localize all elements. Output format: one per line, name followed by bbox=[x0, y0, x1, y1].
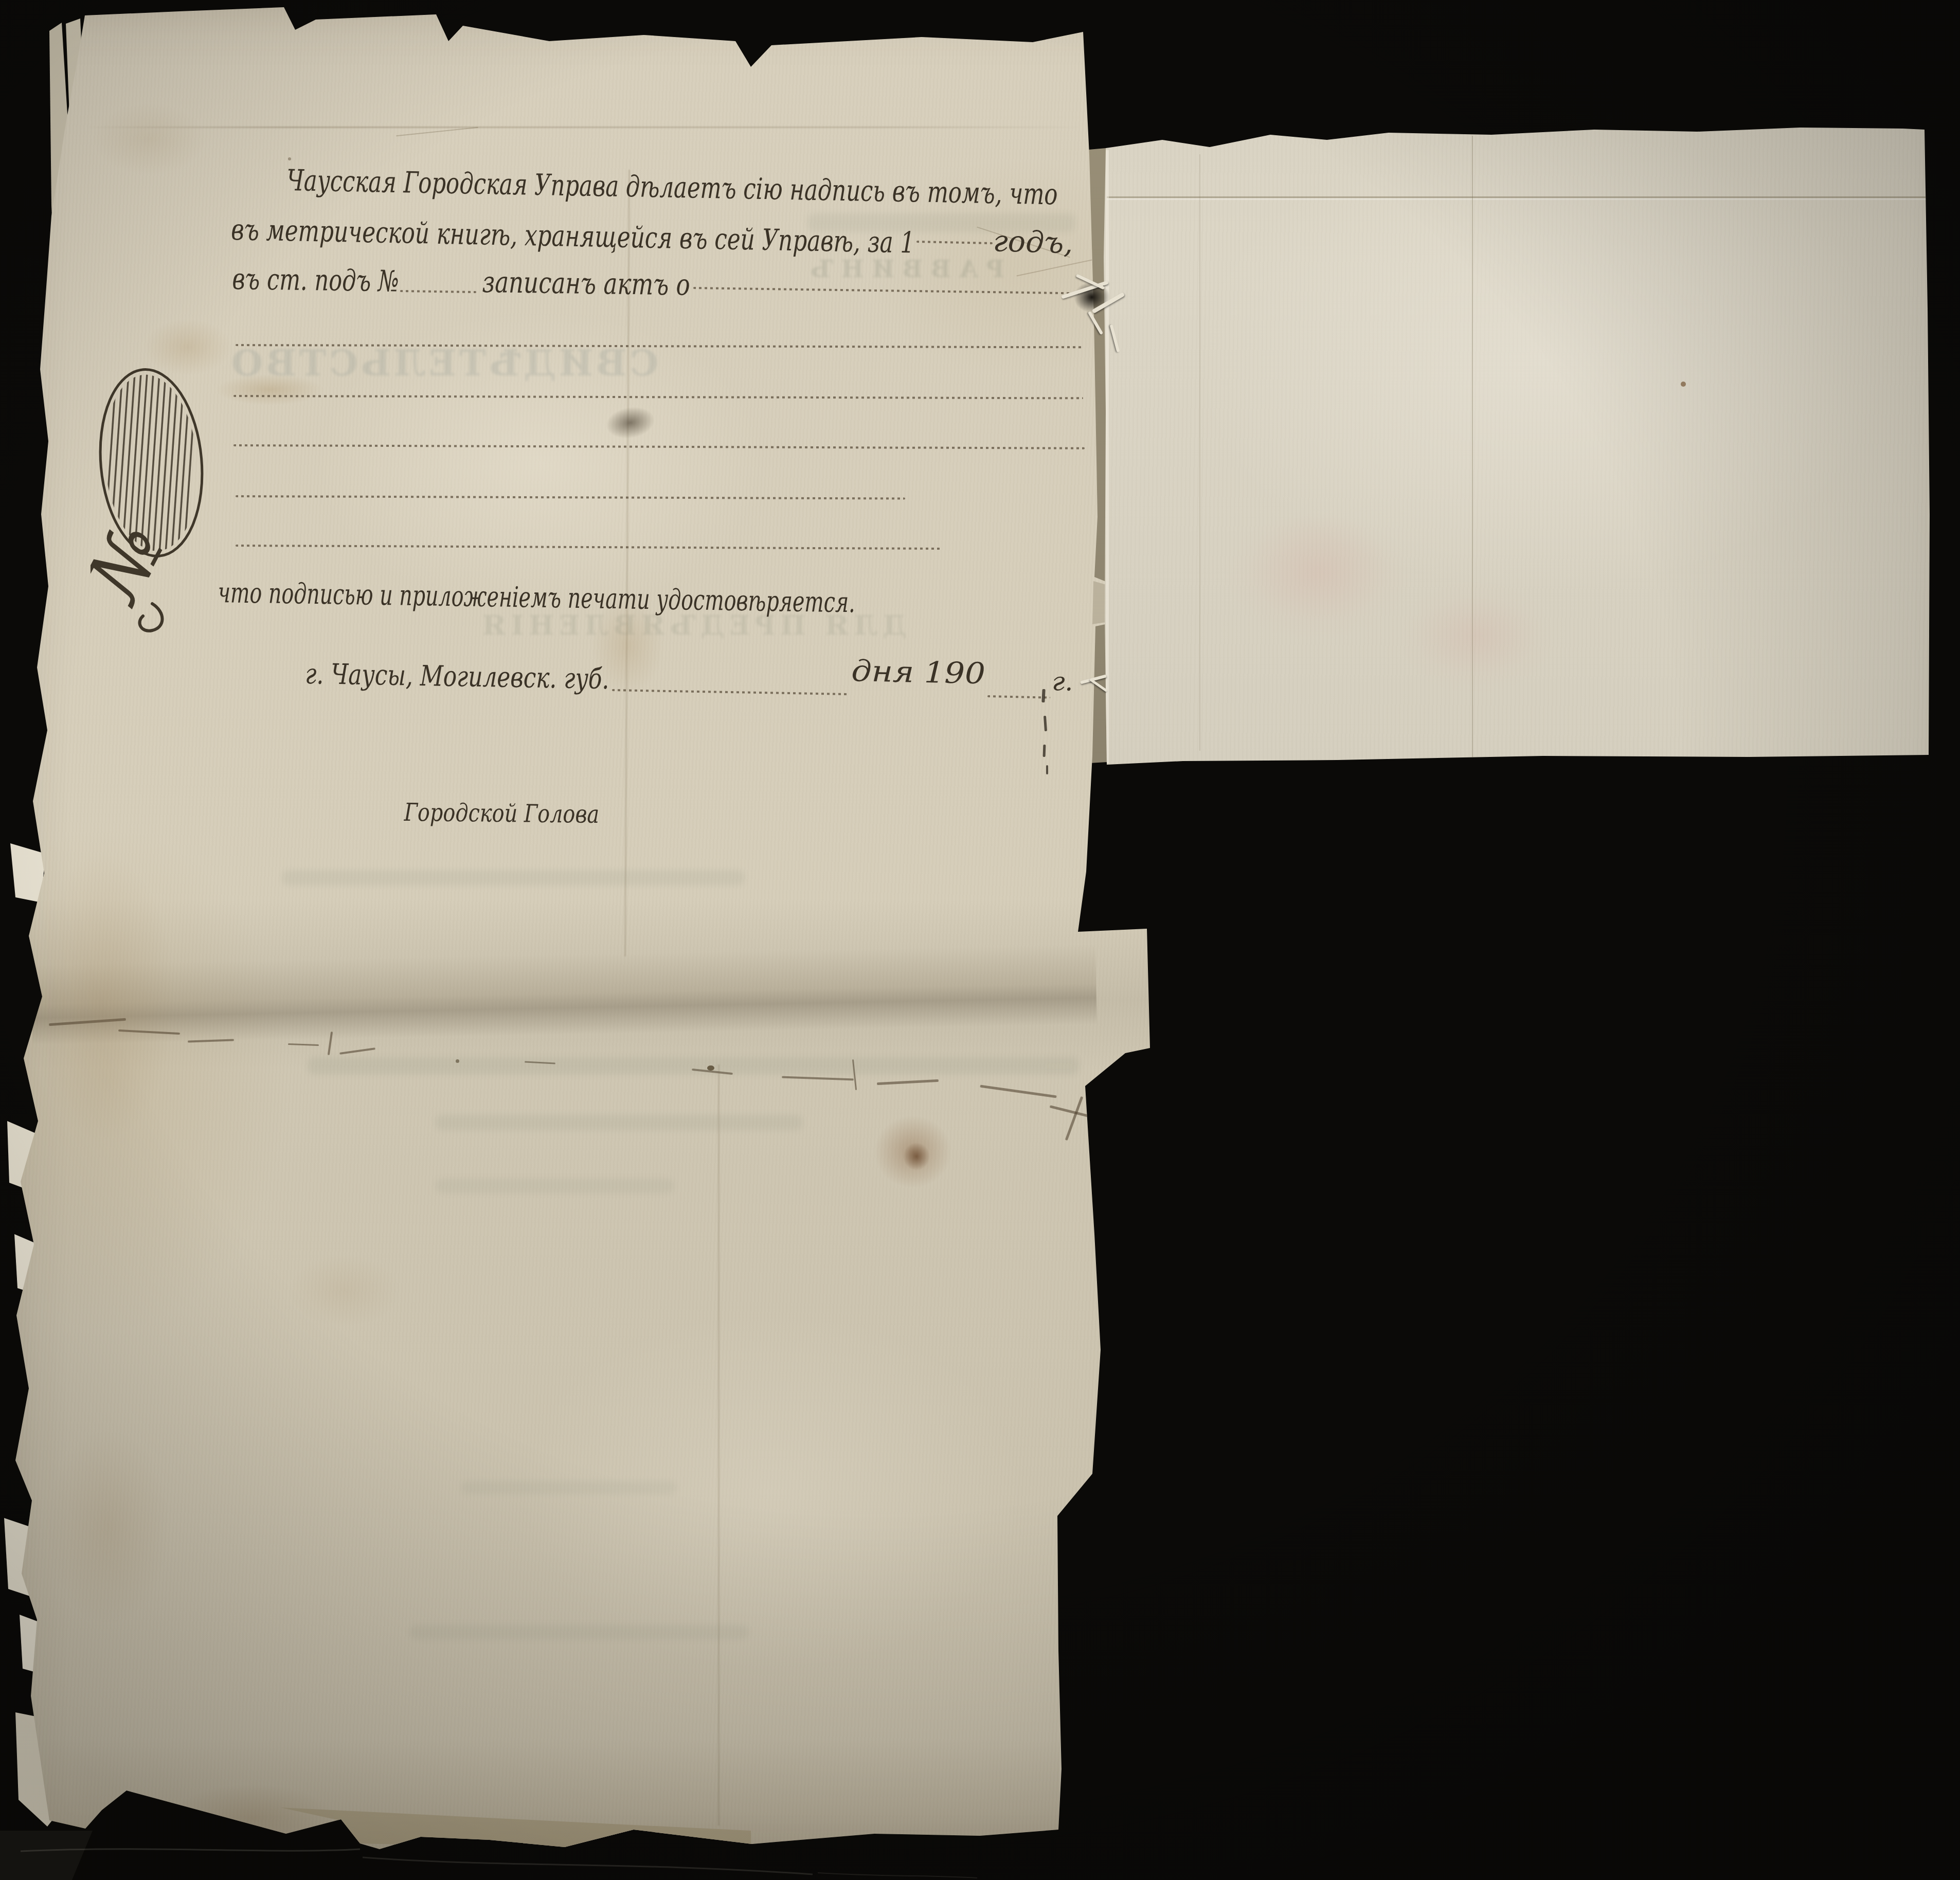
photo-backdrop: РАВВИНЪ СВИДѢТЕЛЬСТВО ДЛЯ ПРЕДЪЯВЛЕНІЯ Ч… bbox=[0, 0, 1960, 1880]
ink-dash bbox=[1041, 689, 1045, 702]
rust-dot bbox=[1681, 382, 1686, 387]
form-line-authority-text: Чаусская Городская Управа дѣлаетъ сію на… bbox=[286, 164, 1058, 211]
form-line-article-no: въ ст. подъ № bbox=[232, 262, 453, 299]
bleedthrough-text: СВИДѢТЕЛЬСТВО bbox=[228, 341, 658, 384]
signature-title: Городской Голова bbox=[404, 798, 640, 829]
paper-stain bbox=[93, 103, 206, 175]
paper-stain bbox=[46, 1430, 170, 1625]
form-line-act-recorded: записанъ актъ о bbox=[482, 265, 745, 303]
sheet-fold-highlight bbox=[1107, 198, 1928, 200]
fold-crease-vertical bbox=[718, 1064, 720, 1825]
fold-crease bbox=[87, 126, 1080, 128]
form-word-year-text: годъ, bbox=[993, 224, 1073, 260]
form-line-certify-text: что подписью и приложеніемъ печати удост… bbox=[218, 576, 855, 619]
paper-crack bbox=[877, 1079, 939, 1085]
ink-dash bbox=[1043, 745, 1046, 757]
form-line-date: дня 190 bbox=[851, 654, 975, 691]
dotted-rule bbox=[236, 545, 940, 550]
ink-dash bbox=[1046, 765, 1048, 774]
paper-stain bbox=[1414, 596, 1538, 674]
paper-stain bbox=[31, 854, 175, 1142]
bleedthrough-line bbox=[461, 1481, 677, 1494]
sheet-left-edge-highlight bbox=[1106, 150, 1109, 763]
rust-stain-core bbox=[903, 1143, 930, 1170]
signature-title-text: Городской Голова bbox=[404, 798, 599, 829]
dark-smudge bbox=[604, 403, 657, 442]
wrinkle-line bbox=[396, 127, 478, 137]
form-line-article-no-text: въ ст. подъ № bbox=[232, 262, 399, 299]
number-stamp-ornament: № bbox=[91, 362, 226, 683]
form-word-year: годъ, bbox=[993, 224, 1073, 260]
paper-stain bbox=[1250, 514, 1389, 622]
form-line-place-text: г. Чаусы, Могилевск. губ. bbox=[305, 657, 609, 695]
form-line-certify: что подписью и приложеніемъ печати удост… bbox=[218, 576, 1104, 623]
paper-crack bbox=[1065, 1096, 1083, 1141]
bleedthrough-line bbox=[435, 1115, 803, 1130]
dotted-rule bbox=[233, 444, 1085, 449]
ink-dash bbox=[1044, 716, 1047, 731]
dotted-rule bbox=[233, 395, 1083, 399]
center-fold-band bbox=[31, 944, 1097, 1068]
form-line-date-text: дня 190 bbox=[851, 654, 986, 691]
bleedthrough-line bbox=[435, 1179, 674, 1193]
paper-stain bbox=[288, 1255, 401, 1327]
dotted-blank-day bbox=[987, 695, 1050, 699]
sheet-fold-crease bbox=[1107, 196, 1928, 198]
form-word-god-text: г. bbox=[1052, 666, 1073, 697]
bleedthrough-line bbox=[308, 1057, 1079, 1075]
ink-speck bbox=[288, 157, 291, 160]
sheet-fold-crease-vertical bbox=[1199, 154, 1200, 751]
paper-crack bbox=[782, 1076, 854, 1081]
bleedthrough-line bbox=[409, 1625, 749, 1639]
dotted-blank-act bbox=[693, 287, 1079, 294]
form-word-god: г. bbox=[1052, 666, 1073, 697]
bleedthrough-line bbox=[282, 870, 745, 885]
paper-crack bbox=[980, 1085, 1056, 1098]
form-line-act-recorded-text: записанъ актъ о bbox=[482, 265, 690, 302]
dotted-rule bbox=[236, 495, 905, 500]
